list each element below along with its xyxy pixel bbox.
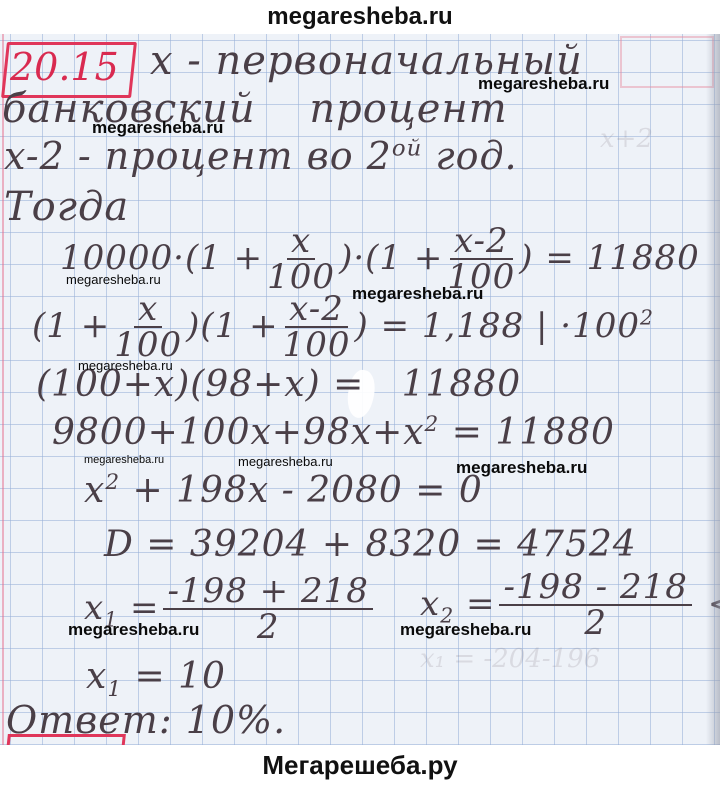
quadratic-rest: + 198x - 2080 = 0 [133,470,483,511]
eq2-result: = 1,188 | ·100 [381,306,640,346]
bleed-through-text: x₁ = -204-196 [420,644,600,674]
eq1-result: = 11880 [545,238,699,278]
result-var: x [86,656,107,697]
second-year-text: x-2 - процент во 2 [4,134,392,178]
watermark: megaresheba.ru [68,620,199,640]
quadratic-var: x [84,470,105,511]
equation-quadratic: x2 + 198x - 2080 = 0 [84,470,483,511]
watermark: megaresheba.ru [84,454,164,466]
top-watermark-banner: megaresheba.ru [0,0,720,34]
quadratic-exponent: 2 [105,470,120,495]
eq4-right: = 11880 [452,412,615,453]
fraction: x100 [267,224,335,296]
result-line: x1 = 10 [86,656,226,702]
watermark: megaresheba.ru [238,454,333,469]
fraction: x-2100 [283,292,351,364]
watermark: megaresheba.ru [78,358,173,373]
watermark: megaresheba.ru [66,272,161,287]
eq4-exponent: 2 [425,412,440,437]
next-problem-box [4,734,126,745]
bleed-through-box [620,36,714,88]
x2-equals: = [466,584,496,624]
bottom-watermark-banner: Мегарешеба.ру [0,745,720,785]
bottom-watermark-text: Мегарешеба.ру [262,750,457,781]
x2-var: x [420,584,440,624]
problem-number: 20.15 [10,44,130,90]
equation-2: (1 +x100)(1 +x-2100) = 1,188 | ·1002 [32,292,654,364]
fraction: x100 [114,292,182,364]
result-value: = 10 [122,656,226,697]
watermark: megaresheba.ru [352,284,483,304]
eq2-exponent: 2 [640,306,654,330]
equation-discriminant: D = 39204 + 8320 = 47524 [104,524,637,565]
top-watermark-text: megaresheba.ru [267,3,452,31]
watermark: megaresheba.ru [456,458,587,478]
ordinal-suffix: ой [392,135,422,161]
watermark: megaresheba.ru [400,620,531,640]
watermark: megaresheba.ru [92,118,223,138]
x2-negative-note: < 0 [708,584,720,624]
year-text: год. [422,134,517,178]
eq4-left: 9800+100x+98x+x [52,412,425,453]
bleed-through-text: x+2 [600,124,653,154]
equation-4: 9800+100x+98x+x2 = 11880 [52,412,615,453]
watermark: megaresheba.ru [478,74,609,94]
line-bank-percent: банковский процент [2,86,508,132]
line-second-year: x-2 - процент во 2ой год. [4,134,518,178]
notebook-page: x+2 x₁ = -204-196 20.15 x - первоначальн… [0,34,720,745]
